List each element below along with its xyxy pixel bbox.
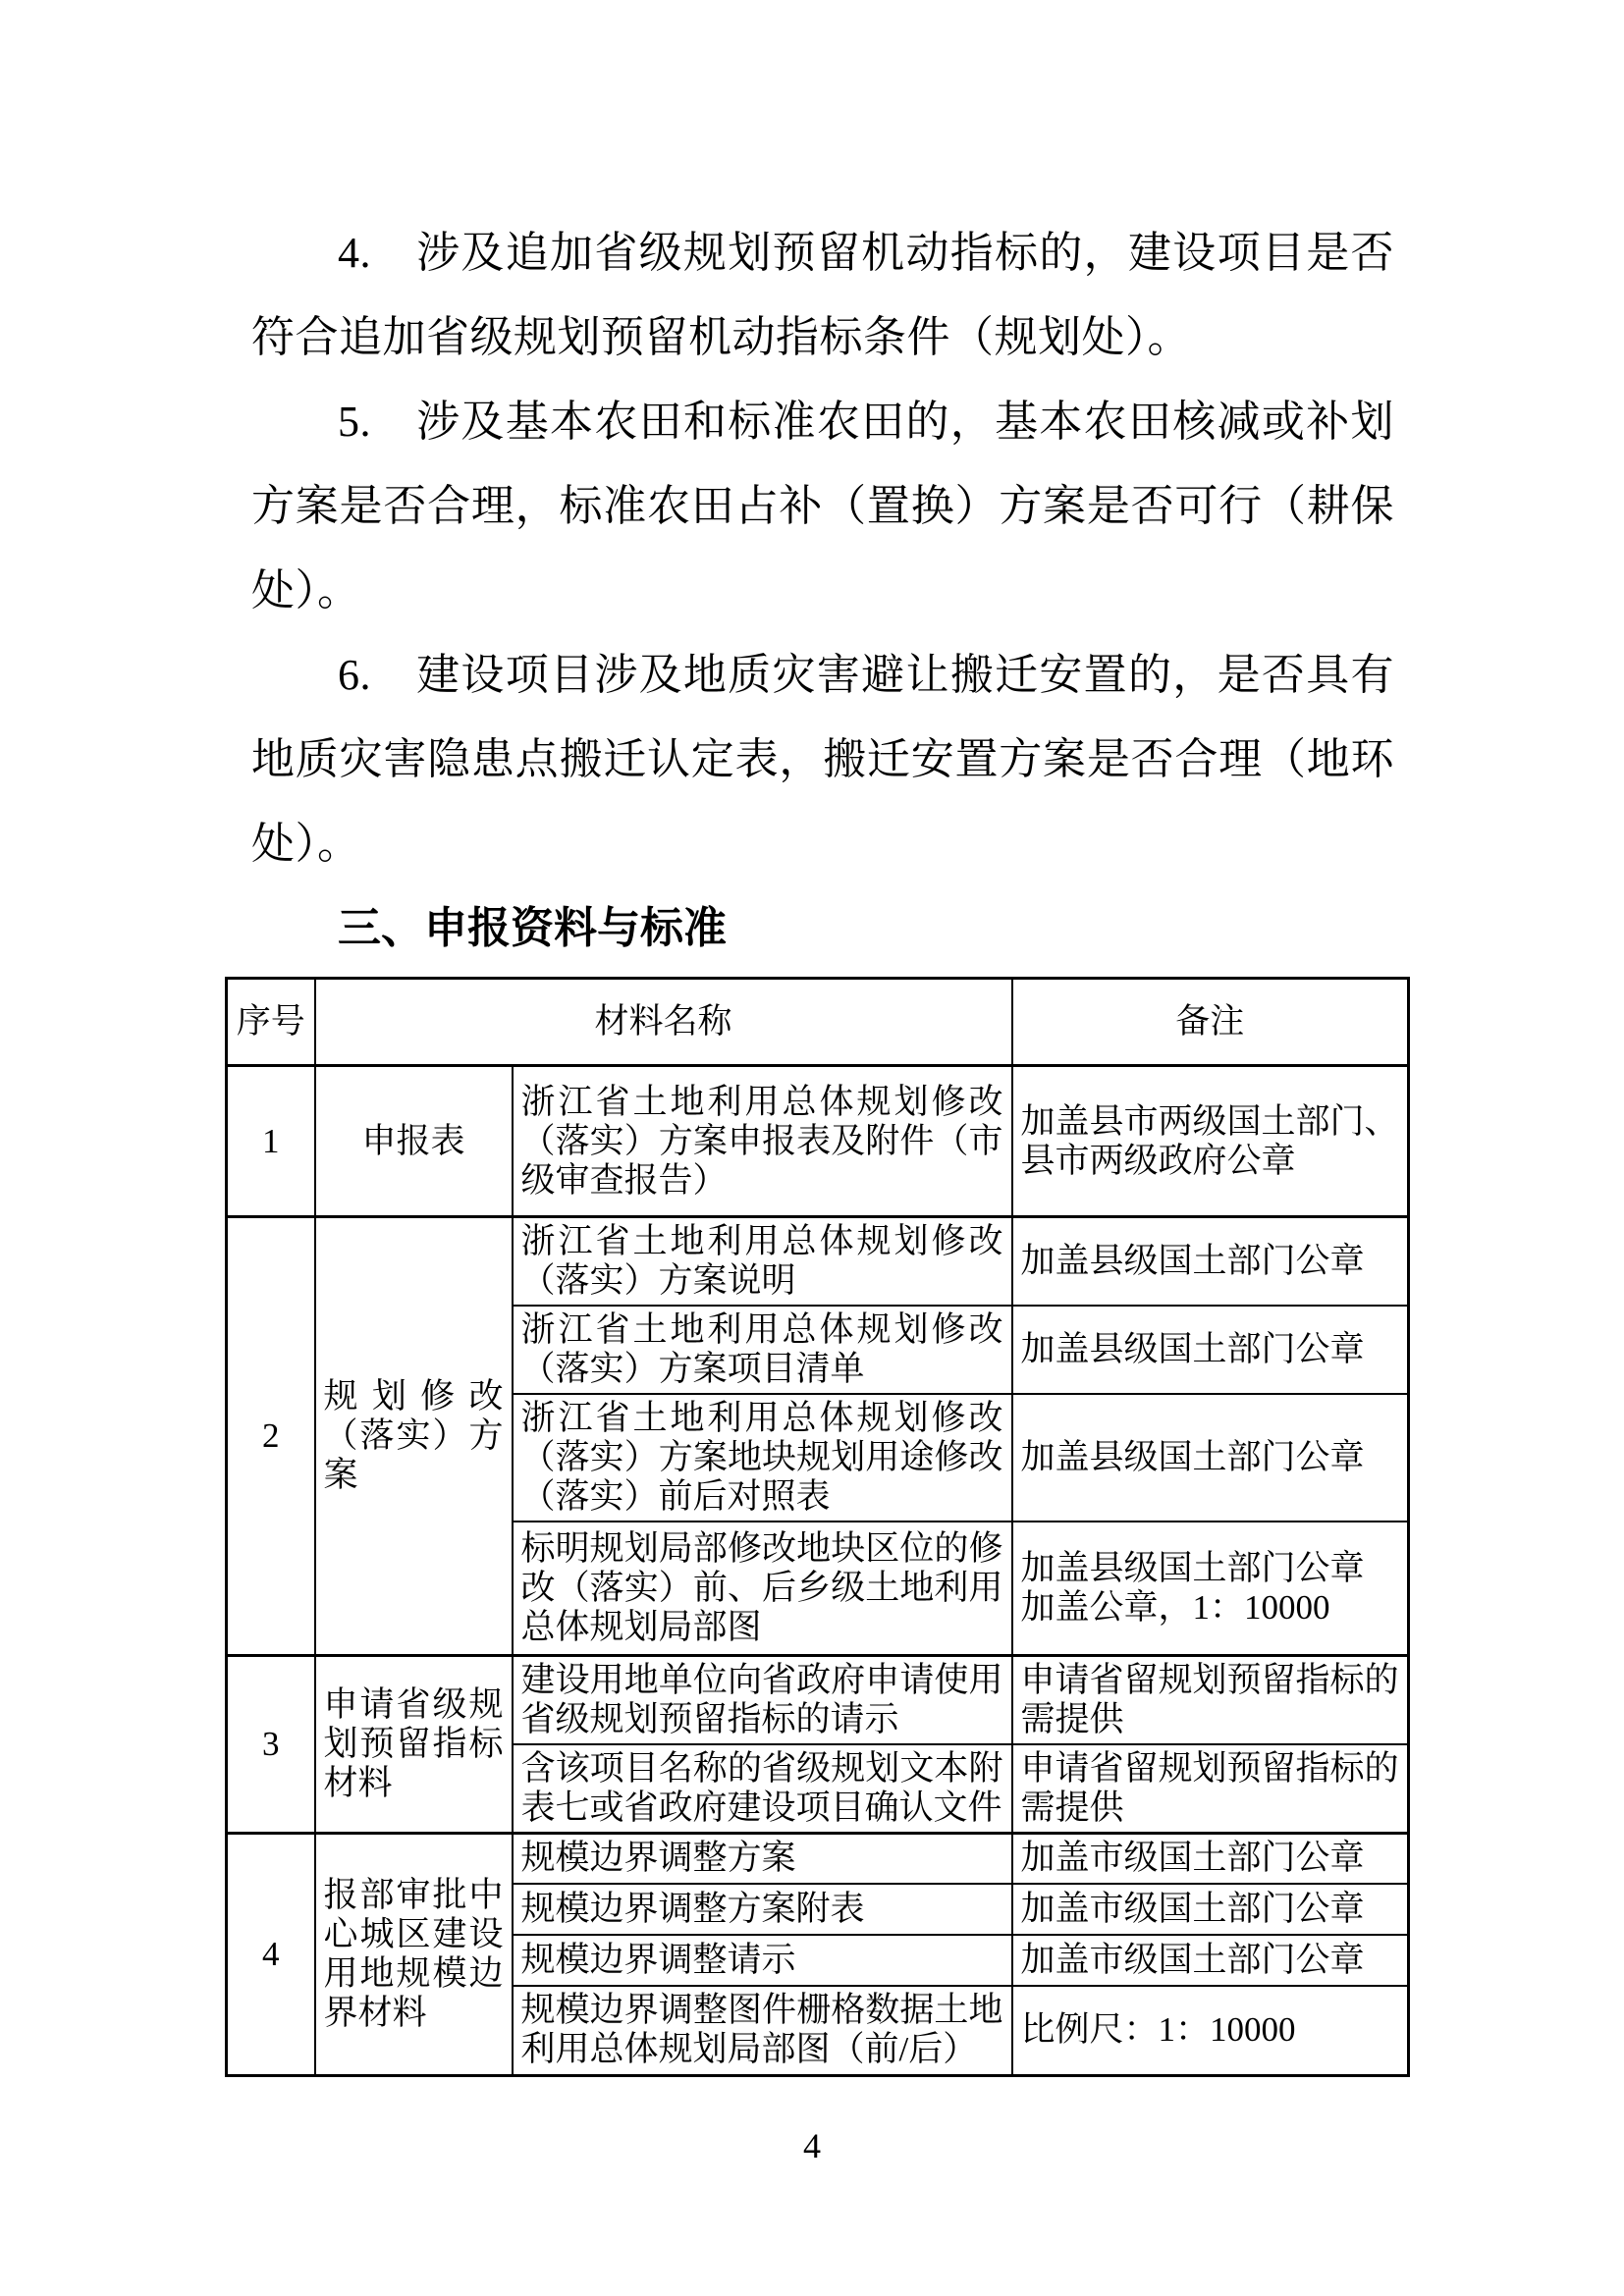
row-index: 4 [227, 1833, 315, 2075]
note-cell: 加盖县级国土部门公章 [1012, 1217, 1409, 1307]
document-page: 4. 涉及追加省级规划预留机动指标的，建设项目是否符合追加省级规划预留机动指标条… [0, 0, 1624, 2296]
table-row: 1 申报表 浙江省土地利用总体规划修改（落实）方案申报表及附件（市级审查报告） … [227, 1066, 1409, 1217]
material-cell: 浙江省土地利用总体规划修改（落实）方案地块规划用途修改（落实）前后对照表 [513, 1394, 1012, 1522]
note-cell: 申请省留规划预留指标的需提供 [1012, 1744, 1409, 1834]
table-row: 3 申请省级规划预留指标材料 建设用地单位向省政府申请使用省级规划预留指标的请示… [227, 1655, 1409, 1744]
material-cell: 含该项目名称的省级规划文本附表七或省政府建设项目确认文件 [513, 1744, 1012, 1834]
header-note: 备注 [1012, 979, 1409, 1066]
note-cell: 加盖县级国土部门公章 [1012, 1394, 1409, 1522]
material-cell: 浙江省土地利用总体规划修改（落实）方案说明 [513, 1217, 1012, 1307]
row-category: 申请省级规划预留指标材料 [315, 1655, 513, 1833]
note-cell: 加盖市级国土部门公章 [1012, 1833, 1409, 1884]
material-cell: 浙江省土地利用总体规划修改（落实）方案申报表及附件（市级审查报告） [513, 1066, 1012, 1217]
note-cell: 加盖市级国土部门公章 [1012, 1935, 1409, 1986]
section-heading: 三、申报资料与标准 [251, 886, 1394, 971]
note-cell: 申请省留规划预留指标的需提供 [1012, 1655, 1409, 1744]
note-cell: 加盖县级国土部门公章 [1012, 1306, 1409, 1394]
note-cell: 加盖县市两级国土部门、县市两级政府公章 [1012, 1066, 1409, 1217]
row-index: 1 [227, 1066, 315, 1217]
paragraph-5: 5. 涉及基本农田和标准农田的，基本农田核减或补划方案是否合理，标准农田占补（置… [251, 380, 1394, 633]
material-cell: 规模边界调整方案附表 [513, 1884, 1012, 1935]
material-cell: 浙江省土地利用总体规划修改（落实）方案项目清单 [513, 1306, 1012, 1394]
material-cell: 建设用地单位向省政府申请使用省级规划预留指标的请示 [513, 1655, 1012, 1744]
row-category: 申报表 [315, 1066, 513, 1217]
material-cell: 规模边界调整请示 [513, 1935, 1012, 1986]
material-cell: 规模边界调整图件栅格数据土地利用总体规划局部图（前/后） [513, 1986, 1012, 2075]
note-cell: 加盖县级国土部门公章 加盖公章，1：10000 [1012, 1522, 1409, 1655]
header-index: 序号 [227, 979, 315, 1066]
page-number: 4 [0, 2124, 1624, 2167]
row-index: 2 [227, 1217, 315, 1656]
body-text: 4. 涉及追加省级规划预留机动指标的，建设项目是否符合追加省级规划预留机动指标条… [251, 211, 1394, 971]
row-category: 报部审批中心城区建设用地规模边界材料 [315, 1833, 513, 2075]
paragraph-6: 6. 建设项目涉及地质灾害避让搬迁安置的，是否具有地质灾害隐患点搬迁认定表，搬迁… [251, 633, 1394, 886]
table-row: 2 规划修改（落实）方案 浙江省土地利用总体规划修改（落实）方案说明 加盖县级国… [227, 1217, 1409, 1307]
table-row: 4 报部审批中心城区建设用地规模边界材料 规模边界调整方案 加盖市级国土部门公章 [227, 1833, 1409, 1884]
row-category: 规划修改（落实）方案 [315, 1217, 513, 1656]
material-cell: 标明规划局部修改地块区位的修改（落实）前、后乡级土地利用总体规划局部图 [513, 1522, 1012, 1655]
header-material-name: 材料名称 [315, 979, 1012, 1066]
note-cell: 比例尺：1：10000 [1012, 1986, 1409, 2075]
materials-table: 序号 材料名称 备注 1 申报表 浙江省土地利用总体规划修改（落实）方案申报表及… [225, 977, 1410, 2077]
note-cell: 加盖市级国土部门公章 [1012, 1884, 1409, 1935]
material-cell: 规模边界调整方案 [513, 1833, 1012, 1884]
row-index: 3 [227, 1655, 315, 1833]
paragraph-4: 4. 涉及追加省级规划预留机动指标的，建设项目是否符合追加省级规划预留机动指标条… [251, 211, 1394, 380]
table-header-row: 序号 材料名称 备注 [227, 979, 1409, 1066]
